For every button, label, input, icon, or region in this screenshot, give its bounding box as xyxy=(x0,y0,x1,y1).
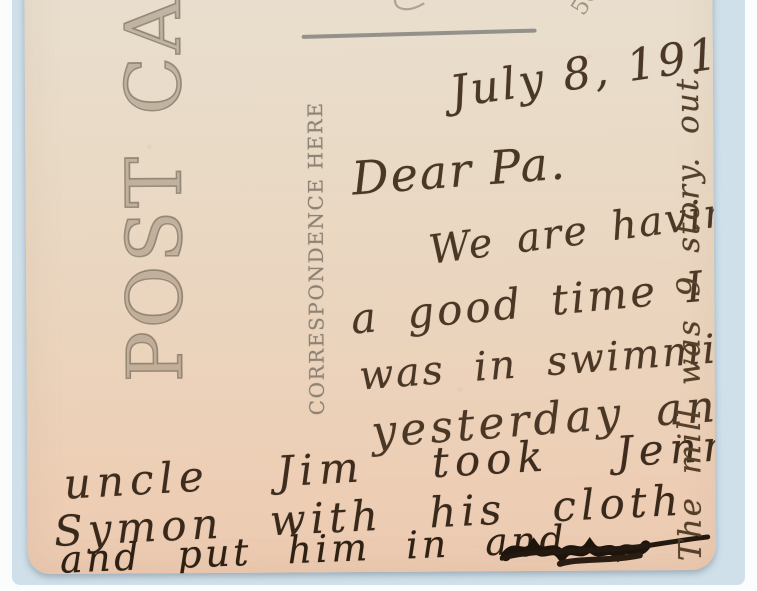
handwritten-margin-note: The mill was 9 story. out. xyxy=(660,1,715,561)
handwritten-salutation: Dear Pa. xyxy=(350,135,569,205)
postcard-back: POST CARD CORRESPONDENCE HERE 50 July 8,… xyxy=(24,0,716,574)
cutoff-pen-stroke xyxy=(392,0,426,15)
correspondence-here-label: CORRESPONDENCE HERE xyxy=(302,105,331,415)
postcard-photo: POST CARD CORRESPONDENCE HERE 50 July 8,… xyxy=(0,0,757,591)
post-card-printed-label: POST CARD xyxy=(115,0,193,383)
printed-divider-line xyxy=(302,29,537,39)
pencil-note: 50 xyxy=(566,0,603,20)
